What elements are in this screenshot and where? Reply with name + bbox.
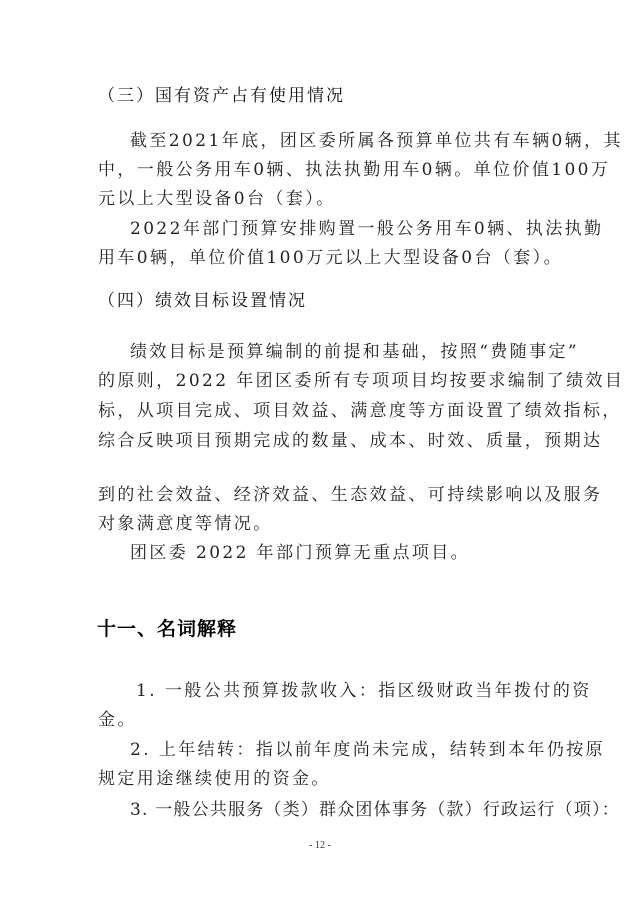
paragraph-line: 用车0辆，单位价值100万元以上大型设备0台（套）。 (98, 248, 563, 268)
glossary-item-line: 金。 (98, 710, 137, 730)
glossary-item-line: 规定用途继续使用的资金。 (98, 769, 331, 789)
paragraph-line: 截至2021年底，团区委所属各预算单位共有车辆0辆，其 (130, 131, 623, 151)
paragraph-line: 团区委 2022 年部门预算无重点项目。 (130, 543, 470, 563)
paragraph-line: 元以上大型设备0台（套）。 (98, 189, 336, 209)
glossary-item-line: 3. 一般公共服务（类）群众团体事务（款）行政运行（项）： (130, 800, 620, 820)
paragraph-line: 到的社会效益、经济效益、生态效益、可持续影响以及服务 (98, 485, 602, 505)
paragraph-line: 的原则，2022 年团区委所有专项项目均按要求编制了绩效目 (98, 371, 624, 391)
paragraph-line: 中，一般公务用车0辆、执法执勤用车0辆。单位价值100万 (98, 160, 610, 180)
glossary-item-line: 2. 上年结转：指以前年度尚未完成，结转到本年仍按原 (130, 740, 605, 760)
glossary-item-line: 1. 一般公共预算拨款收入：指区级财政当年拨付的资 (136, 681, 592, 701)
section-heading-state-assets: （三）国有资产占有使用情况 (98, 86, 345, 106)
section-heading-glossary: 十一、名词解释 (97, 618, 237, 640)
paragraph-line: 对象满意度等情况。 (98, 514, 273, 534)
paragraph-line: 2022年部门预算安排购置一般公务用车0辆、执法执勤 (130, 219, 603, 239)
paragraph-line: 绩效目标是预算编制的前提和基础，按照“费随事定” (130, 342, 579, 362)
paragraph-line: 标，从项目完成、项目效益、满意度等方面设置了绩效指标， (98, 401, 622, 421)
page-number: - 12 - (0, 840, 640, 851)
paragraph-line: 综合反映项目预期完成的数量、成本、时效、质量，预期达 (98, 431, 602, 451)
section-heading-performance-goals: （四）绩效目标设置情况 (98, 291, 307, 311)
